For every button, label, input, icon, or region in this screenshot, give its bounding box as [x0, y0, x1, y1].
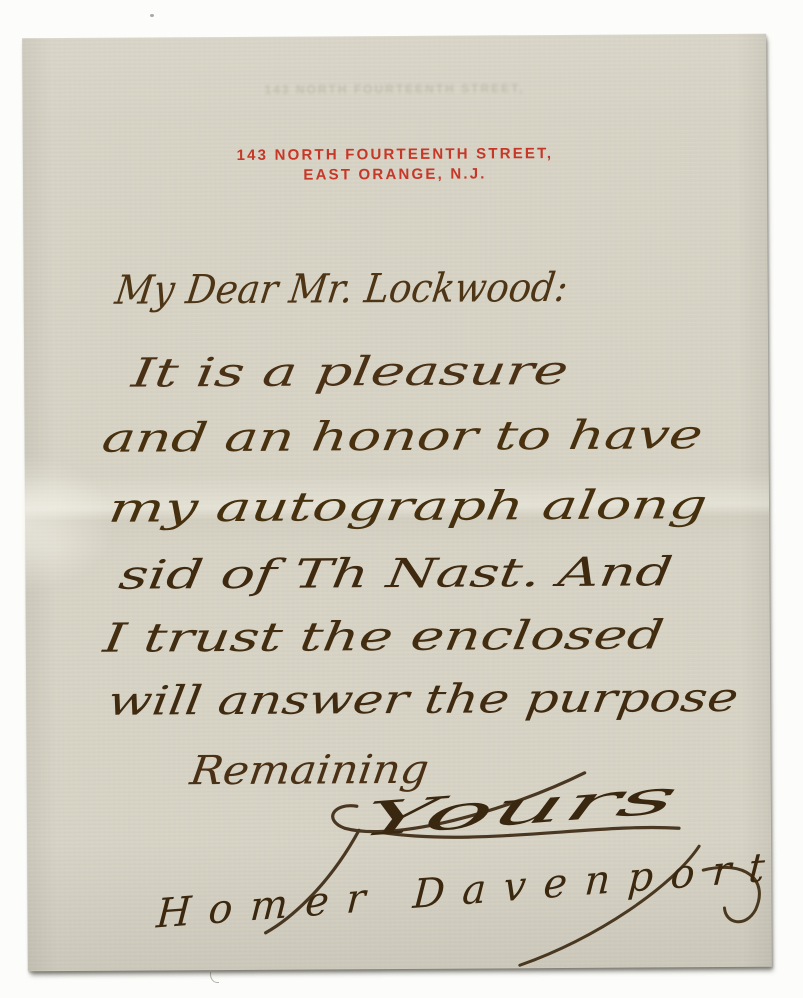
letter-line-4: sid of Th Nast. And [116, 549, 675, 598]
signature-homer-davenport: Homer Davenport [154, 845, 767, 938]
letter-line-2: and an honor to have [99, 412, 705, 461]
scan-background: { "letter": { "letterhead": { "address_l… [0, 0, 803, 998]
dust-speck [150, 14, 154, 17]
letter-line-3: my autograph along [106, 482, 710, 531]
salutation: My Dear Mr. Lockwood: [112, 265, 571, 314]
scan-artifact [210, 972, 219, 983]
letter-line-5: I trust the enclosed [99, 613, 667, 662]
letter-line-6: will answer the purpose [105, 675, 741, 725]
handwriting-layer: My Dear Mr. Lockwood: It is a pleasure a… [22, 34, 772, 972]
closing-remaining: Remaining [186, 747, 431, 794]
letter-paper: 143 NORTH FOURTEENTH STREET, 143 NORTH F… [22, 34, 772, 972]
letter-line-1: It is a pleasure [128, 348, 572, 396]
